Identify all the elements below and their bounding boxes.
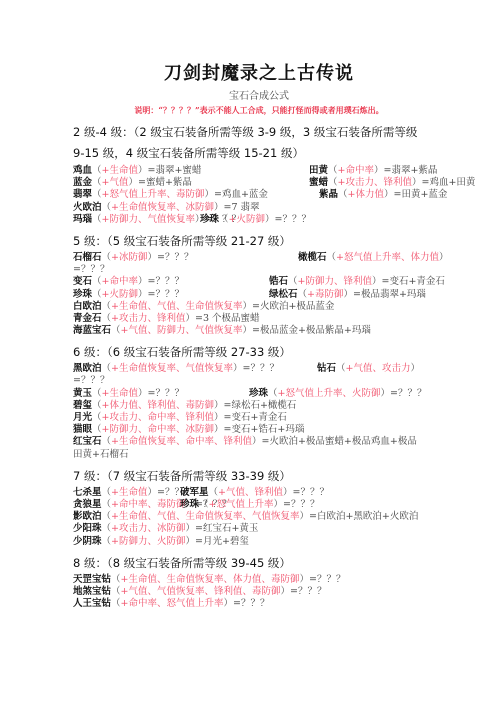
gem-entry: 月光（+攻击力、命中率、锋利值）=变石+青金石 [73,412,287,423]
gem-name: 珍珠 [249,388,268,399]
close-paren: ） [381,388,391,399]
gem-row: 珍珠（+火防御）=？？？绿松石（+毒防御）=极品翡翠+玛瑙 [73,289,445,301]
gem-entry: 七杀星（+生命值）=？？？ [73,487,193,498]
gem-entry: 橄榄石（+怒气值上升率、体力值） [298,252,449,264]
open-paren: （ [338,189,348,200]
gem-attribute: +怒气值上升率、毒防御 [102,189,205,200]
gem-formula: =？？？ [148,388,184,399]
gem-attribute: +命中率、怒气值上升率 [121,598,224,609]
gem-entry: 白欧泊（+生命值、气值、生命值恢复率）=火欧泊+极品蓝金 [73,301,334,312]
gem-name: 珍珠 [200,214,219,225]
close-paren: ） [411,363,421,374]
gem-name: 红宝石 [73,436,102,447]
gem-row: 少阳珠（+攻击力、冰防御）=红宝石+黄玉 [73,523,445,535]
gem-name: 七杀星 [73,487,102,498]
gem-name: 破军星 [180,487,209,498]
gem-attribute: +气值、防御力、气值恢复率 [121,325,243,336]
open-paren: （ [111,586,121,597]
gem-entry: 人王宝钻（+命中率、怒气值上升率）=？？？ [73,598,269,609]
gem-attribute: +火防御 [102,289,138,300]
gem-row: 猫眼（+防御力、命中率、冰防御）=变石+锆石+玛瑙 [73,424,445,436]
gem-name: 海蓝宝石 [73,325,111,336]
gem-formula: =？？？ [73,264,109,275]
close-paren: ） [300,511,310,522]
gem-attribute: +气值、攻击力 [346,363,411,374]
gem-name: 玛瑙 [73,214,92,225]
level-heading: 8 级：（8 级宝石装备所需等级 39-45 级） [73,552,445,574]
gem-entry: 少阳珠（+攻击力、冰防御）=红宝石+黄玉 [73,523,258,534]
gem-name: 紫晶 [319,189,338,200]
gem-row: 人王宝钻（+命中率、怒气值上升率）=？？？ [73,598,445,610]
gem-entry: =？？？ [73,375,109,386]
gem-formula: =蜜蜡+紫晶 [138,177,192,188]
gem-attribute: +生命值恢复率、冰防御 [111,202,214,213]
open-paren: （ [92,289,102,300]
gem-formula: =田黄+蓝金 [394,189,448,200]
close-paren: ） [205,189,215,200]
close-paren: ） [138,276,148,287]
gem-attribute: +气值、锋利值 [218,487,283,498]
gem-row: 石榴石（+冰防御）=？？？橄榄石（+怒气值上升率、体力值） [73,252,445,264]
gem-row: 月光（+攻击力、命中率、锋利值）=变石+青金石 [73,412,445,424]
gem-name: 影欧泊 [73,511,102,522]
gem-attribute: +体力值 [348,189,384,200]
gem-entry: 绿松石（+毒防御）=极品翡翠+玛瑙 [269,289,426,301]
gem-name: 橄榄石 [298,252,327,263]
gem-formula: =变石+青金石 [224,412,287,423]
close-paren: ） [265,214,275,225]
level-heading: 6 级：（6 级宝石装备所需等级 27-33 级） [73,341,445,363]
gem-entry: 红宝石（+生命值恢复率、命中率、锋利值）=火欧泊+极品蜜蜡+极品鸡血+极品 [73,436,417,447]
gem-row: 地煞宝钻（+气值、气值恢复率、锋利值、毒防御）=？？？ [73,586,445,598]
gem-formula: =极品蓝金+极品紫晶+玛瑙 [252,325,371,336]
close-paren: ） [214,400,224,411]
gem-formula: =极品翡翠+玛瑙 [353,289,426,300]
open-paren: （ [92,177,102,188]
close-paren: ） [252,436,262,447]
gem-name: 天罡宝钻 [73,574,111,585]
close-paren: ） [283,487,293,498]
gem-entry: 蓝金（+气值）=蜜蜡+紫晶 [73,177,192,188]
close-paren: ） [186,536,196,547]
gem-formula: =变石+锆石+玛瑙 [224,424,305,435]
open-paren: （ [102,536,112,547]
close-paren: ） [344,289,354,300]
gem-attribute: +防御力、命中率、冰防御 [102,424,214,435]
gem-attribute: +攻击力、锋利值 [338,177,412,188]
gem-attribute: +冰防御 [111,252,147,263]
gem-name: 钻石 [317,363,336,374]
gem-formula: =？？？ [157,252,193,263]
gem-formula: =？？？ [390,388,426,399]
gem-row: 火欧泊（+生命值恢复率、冰防御）=7 翡翠 [73,202,445,214]
gem-name: 锆石 [269,276,288,287]
open-paren: （ [92,424,102,435]
gem-formula: =？？？ [148,276,184,287]
gem-attribute: +生命值 [102,165,138,176]
gem-entry: 碧玺（+体力值、锋利值、毒防御）=绿松石+橄榄石 [73,400,296,411]
gem-entry: 田黄（+命中率）=翡翠+紫晶 [309,165,437,177]
gem-formula: 田黄+石榴石 [73,449,128,460]
close-paren: ） [214,412,224,423]
gem-attribute: +防御力、火防御 [111,536,185,547]
close-paren: ） [148,487,158,498]
gem-formula: =7 翡翠 [224,202,260,213]
close-paren: ） [138,388,148,399]
gem-entry: 地煞宝钻（+气值、气值恢复率、锋利值、毒防御）=？？？ [73,586,326,597]
level-heading-continued: 9-15 级，4 级宝石装备所需等级 15-21 级） [73,143,445,163]
open-paren: （ [92,165,102,176]
open-paren: （ [102,202,112,213]
gem-name: 田黄 [309,165,328,176]
document-title: 刀剑封魔录之上古传说 [73,62,445,86]
gem-row: 黑欧泊（+生命值恢复率、气值恢复率）=？？？钻石（+气值、攻击力） [73,363,445,375]
gem-row: =？？？ [73,264,445,276]
close-paren: ） [384,189,394,200]
gem-row: 白欧泊（+生命值、气值、生命值恢复率）=火欧泊+极品蓝金 [73,301,445,313]
gem-entry: 黑欧泊（+生命值恢复率、气值恢复率）=？？？ [73,363,279,374]
gem-entry: 鸡血（+生命值）=翡翠+蜜蜡 [73,165,201,176]
open-paren: （ [327,252,337,263]
close-paren: ） [186,313,196,324]
gem-row: 影欧泊（+生命值、气值、生命值恢复率、气值恢复率）=白欧泊+黑欧泊+火欧泊 [73,511,445,523]
gem-attribute: +生命值 [111,487,147,498]
gem-attribute: +火防御 [229,214,265,225]
gem-entry: 翡翠（+怒气值上升率、毒防御）=鸡血+蓝金 [73,189,268,200]
open-paren: （ [219,214,229,225]
gem-name: 火欧泊 [73,202,102,213]
gem-row: 玛瑙（+防御力、气值恢复率）=？？？珍珠（+火防御）=？？？ [73,214,445,226]
gem-formula: =火欧泊+极品蓝金 [252,301,334,312]
gem-attribute: +攻击力、锋利值 [111,313,185,324]
open-paren: （ [328,165,338,176]
open-paren: （ [102,313,112,324]
gem-name: 猫眼 [73,424,92,435]
gem-attribute: +生命值恢复率、气值恢复率 [111,363,233,374]
open-paren: （ [102,499,112,510]
gem-entry: 田黄+石榴石 [73,449,128,460]
gem-attribute: +气值、气值恢复率、锋利值、毒防御 [121,586,281,597]
gem-attribute: +怒气值上升率、体力值 [336,252,439,263]
gem-row: 翡翠（+怒气值上升率、毒防御）=鸡血+蓝金紫晶（+体力值）=田黄+蓝金 [73,189,445,201]
gem-name: 少阴珠 [73,536,102,547]
open-paren: （ [92,388,102,399]
gem-attribute: +生命值、气值、生命值恢复率 [111,301,242,312]
close-paren: ） [300,574,310,585]
gem-formula: =？？？ [293,487,329,498]
gem-formula: =绿松石+橄榄石 [224,400,297,411]
level-heading: 7 级：（7 级宝石装备所需等级 33-39 级） [73,465,445,487]
gem-entry: 黄玉（+生命值）=？？？ [73,388,184,399]
open-paren: （ [92,412,102,423]
close-paren: ） [281,586,291,597]
gem-name: 碧玺 [73,400,92,411]
gem-name: 白欧泊 [73,301,102,312]
gem-row: 少阴珠（+防御力、火防御）=月光+碧玺 [73,536,445,548]
gem-attribute: +毒防御 [307,289,343,300]
gem-entry: 锆石（+防御力、锋利值）=变石+青金石 [269,276,445,288]
gem-formula: =？？？ [243,363,279,374]
document-subtitle: 宝石合成公式 [73,90,445,104]
close-paren: ） [224,598,234,609]
open-paren: （ [209,487,219,498]
gem-formula: =？？？ [148,289,184,300]
gem-formula: =？？？ [290,586,326,597]
gem-entry: 珍珠（+怒气值上升率）=？？？ [180,499,319,511]
gem-entry: 珍珠（+火防御）=？？？ [73,289,184,300]
gem-formula: =翡翠+蜜蜡 [148,165,202,176]
gem-attribute: +攻击力、冰防御 [111,523,185,534]
gem-name: 人王宝钻 [73,598,111,609]
gem-row: 蓝金（+气值）=蜜蜡+紫晶蜜蜡（+攻击力、锋利值）=鸡血+田黄 [73,177,445,189]
level-heading: 2 级-4 级：（2 级宝石装备所需等级 3-9 级，3 级宝石装备所需等级 [73,121,445,143]
gem-entry: 猫眼（+防御力、命中率、冰防御）=变石+锆石+玛瑙 [73,424,304,435]
gem-name: 绿松石 [269,289,298,300]
gem-attribute: +气值 [102,177,129,188]
gem-name: 变石 [73,276,92,287]
close-paren: ） [243,325,253,336]
gem-name: 翡翠 [73,189,92,200]
gem-name: 青金石 [73,313,102,324]
gem-entry: 珍珠（+怒气值上升率、火防御）=？？？ [249,388,426,400]
open-paren: （ [102,523,112,534]
open-paren: （ [102,252,112,263]
gem-attribute: +命中率、毒防御 [111,499,185,510]
close-paren: ） [372,276,382,287]
document-page: 刀剑封魔录之上古传说 宝石合成公式 说明：“？？？？”表示不能人工合成，只能打怪… [73,62,445,614]
close-paren: ） [233,363,243,374]
open-paren: （ [102,511,112,522]
gem-attribute: +生命值、生命值恢复率、体力值、毒防御 [121,574,300,585]
gem-entry: 天罡宝钻（+生命值、生命值恢复率、体力值、毒防御）=？？？ [73,574,345,585]
open-paren: （ [102,436,112,447]
gem-row: 黄玉（+生命值）=？？？珍珠（+怒气值上升率、火防御）=？？？ [73,388,445,400]
gem-entry: 火欧泊（+生命值恢复率、冰防御）=7 翡翠 [73,202,260,213]
gem-name: 蜜蜡 [309,177,328,188]
gem-name: 珍珠 [180,499,199,510]
gem-entry: 海蓝宝石（+气值、防御力、气值恢复率）=极品蓝金+极品紫晶+玛瑙 [73,325,371,336]
open-paren: （ [102,301,112,312]
close-paren: ） [186,523,196,534]
gem-row: 碧玺（+体力值、锋利值、毒防御）=绿松石+橄榄石 [73,400,445,412]
gem-attribute: +防御力、锋利值 [298,276,372,287]
open-paren: （ [298,289,308,300]
gem-entry: 少阴珠（+防御力、火防御）=月光+碧玺 [73,536,249,547]
gem-row: =？？？ [73,375,445,387]
gem-formula: =火欧泊+极品蜜蜡+极品鸡血+极品 [262,436,417,447]
gem-formula: =翡翠+紫晶 [384,165,438,176]
close-paren: ） [374,165,384,176]
open-paren: （ [328,177,338,188]
open-paren: （ [199,499,209,510]
gem-formula: =？？？ [233,598,269,609]
close-paren: ） [214,202,224,213]
open-paren: （ [92,214,102,225]
open-paren: （ [92,400,102,411]
gem-formula: =月光+碧玺 [195,536,249,547]
open-paren: （ [102,487,112,498]
gem-formula: =白欧泊+黑欧泊+火欧泊 [309,511,418,522]
gem-name: 蓝金 [73,177,92,188]
gem-attribute: +怒气值上升率、火防御 [278,388,381,399]
gem-attribute: +生命值 [102,388,138,399]
gem-formula: =变石+青金石 [382,276,445,287]
gem-entry: 钻石（+气值、攻击力） [317,363,420,375]
gem-row: 天罡宝钻（+生命值、生命值恢复率、体力值、毒防御）=？？？ [73,574,445,586]
gem-entry: 珍珠（+火防御）=？？？ [200,214,311,226]
gem-entry: 变石（+命中率）=？？？ [73,276,184,287]
open-paren: （ [111,325,121,336]
gem-formula: =？？？ [275,214,311,225]
gem-entry: 紫晶（+体力值）=田黄+蓝金 [319,189,447,201]
gem-name: 地煞宝钻 [73,586,111,597]
gem-row: 田黄+石榴石 [73,449,445,461]
close-paren: ） [243,301,253,312]
gem-formula: =鸡血+蓝金 [214,189,268,200]
close-paren: ） [439,252,449,263]
gem-formula: =？？？ [73,375,109,386]
gem-formula: =？？？ [309,574,345,585]
gem-entry: =？？？ [73,264,109,275]
gem-attribute: +命中率 [338,165,374,176]
gem-attribute: +怒气值上升率 [209,499,274,510]
gem-attribute: +攻击力、命中率、锋利值 [102,412,214,423]
close-paren: ） [274,499,284,510]
gem-row: 贪狼星（+命中率、毒防御）=？？？珍珠（+怒气值上升率）=？？？ [73,499,445,511]
gem-row: 海蓝宝石（+气值、防御力、气值恢复率）=极品蓝金+极品紫晶+玛瑙 [73,325,445,337]
close-paren: ） [129,177,139,188]
gem-row: 青金石（+攻击力、锋利值）=3 个极品蜜蜡 [73,313,445,325]
open-paren: （ [111,598,121,609]
gem-row: 红宝石（+生命值恢复率、命中率、锋利值）=火欧泊+极品蜜蜡+极品鸡血+极品 [73,436,445,448]
gem-attribute: +防御力、气值恢复率 [102,214,195,225]
gem-formula: =红宝石+黄玉 [195,523,258,534]
gem-name: 石榴石 [73,252,102,263]
close-paren: ） [214,424,224,435]
gem-entry: 青金石（+攻击力、锋利值）=3 个极品蜜蜡 [73,313,260,324]
gem-formula: =？？？ [283,499,319,510]
gem-entry: 蜜蜡（+攻击力、锋利值）=鸡血+田黄 [309,177,475,189]
close-paren: ） [148,252,158,263]
gem-entry: 石榴石（+冰防御）=？？？ [73,252,193,263]
gem-name: 少阳珠 [73,523,102,534]
gem-name: 月光 [73,412,92,423]
gem-row: 变石（+命中率）=？？？锆石（+防御力、锋利值）=变石+青金石 [73,276,445,288]
open-paren: （ [92,276,102,287]
gem-row: 鸡血（+生命值）=翡翠+蜜蜡田黄（+命中率）=翡翠+紫晶 [73,165,445,177]
explanation-note: 说明：“？？？？”表示不能人工合成，只能打怪而得或者用璞石炼出。 [73,104,445,116]
open-paren: （ [92,189,102,200]
gem-name: 鸡血 [73,165,92,176]
section-gap [73,610,445,614]
gem-entry: 影欧泊（+生命值、气值、生命值恢复率、气值恢复率）=白欧泊+黑欧泊+火欧泊 [73,511,418,522]
gem-row: 七杀星（+生命值）=？？？破军星（+气值、锋利值）=？？？ [73,487,445,499]
open-paren: （ [268,388,278,399]
gem-attribute: +体力值、锋利值、毒防御 [102,400,214,411]
gem-name: 贪狼星 [73,499,102,510]
gem-name: 黄玉 [73,388,92,399]
close-paren: ） [138,165,148,176]
gem-name: 珍珠 [73,289,92,300]
open-paren: （ [288,276,298,287]
open-paren: （ [111,574,121,585]
gem-entry: 破军星（+气值、锋利值）=？？？ [180,487,329,499]
gem-attribute: +生命值、气值、生命值恢复率、气值恢复率 [111,511,299,522]
gem-name: 黑欧泊 [73,363,102,374]
open-paren: （ [336,363,346,374]
gem-sections: 2 级-4 级：（2 级宝石装备所需等级 3-9 级，3 级宝石装备所需等级9-… [73,121,445,614]
gem-attribute: +生命值恢复率、命中率、锋利值 [111,436,252,447]
close-paren: ） [138,289,148,300]
close-paren: ） [412,177,422,188]
gem-formula: =鸡血+田黄 [422,177,476,188]
gem-formula: =3 个极品蜜蜡 [195,313,260,324]
open-paren: （ [102,363,112,374]
gem-attribute: +命中率 [102,276,138,287]
level-heading: 5 级：（5 级宝石装备所需等级 21-27 级） [73,230,445,252]
